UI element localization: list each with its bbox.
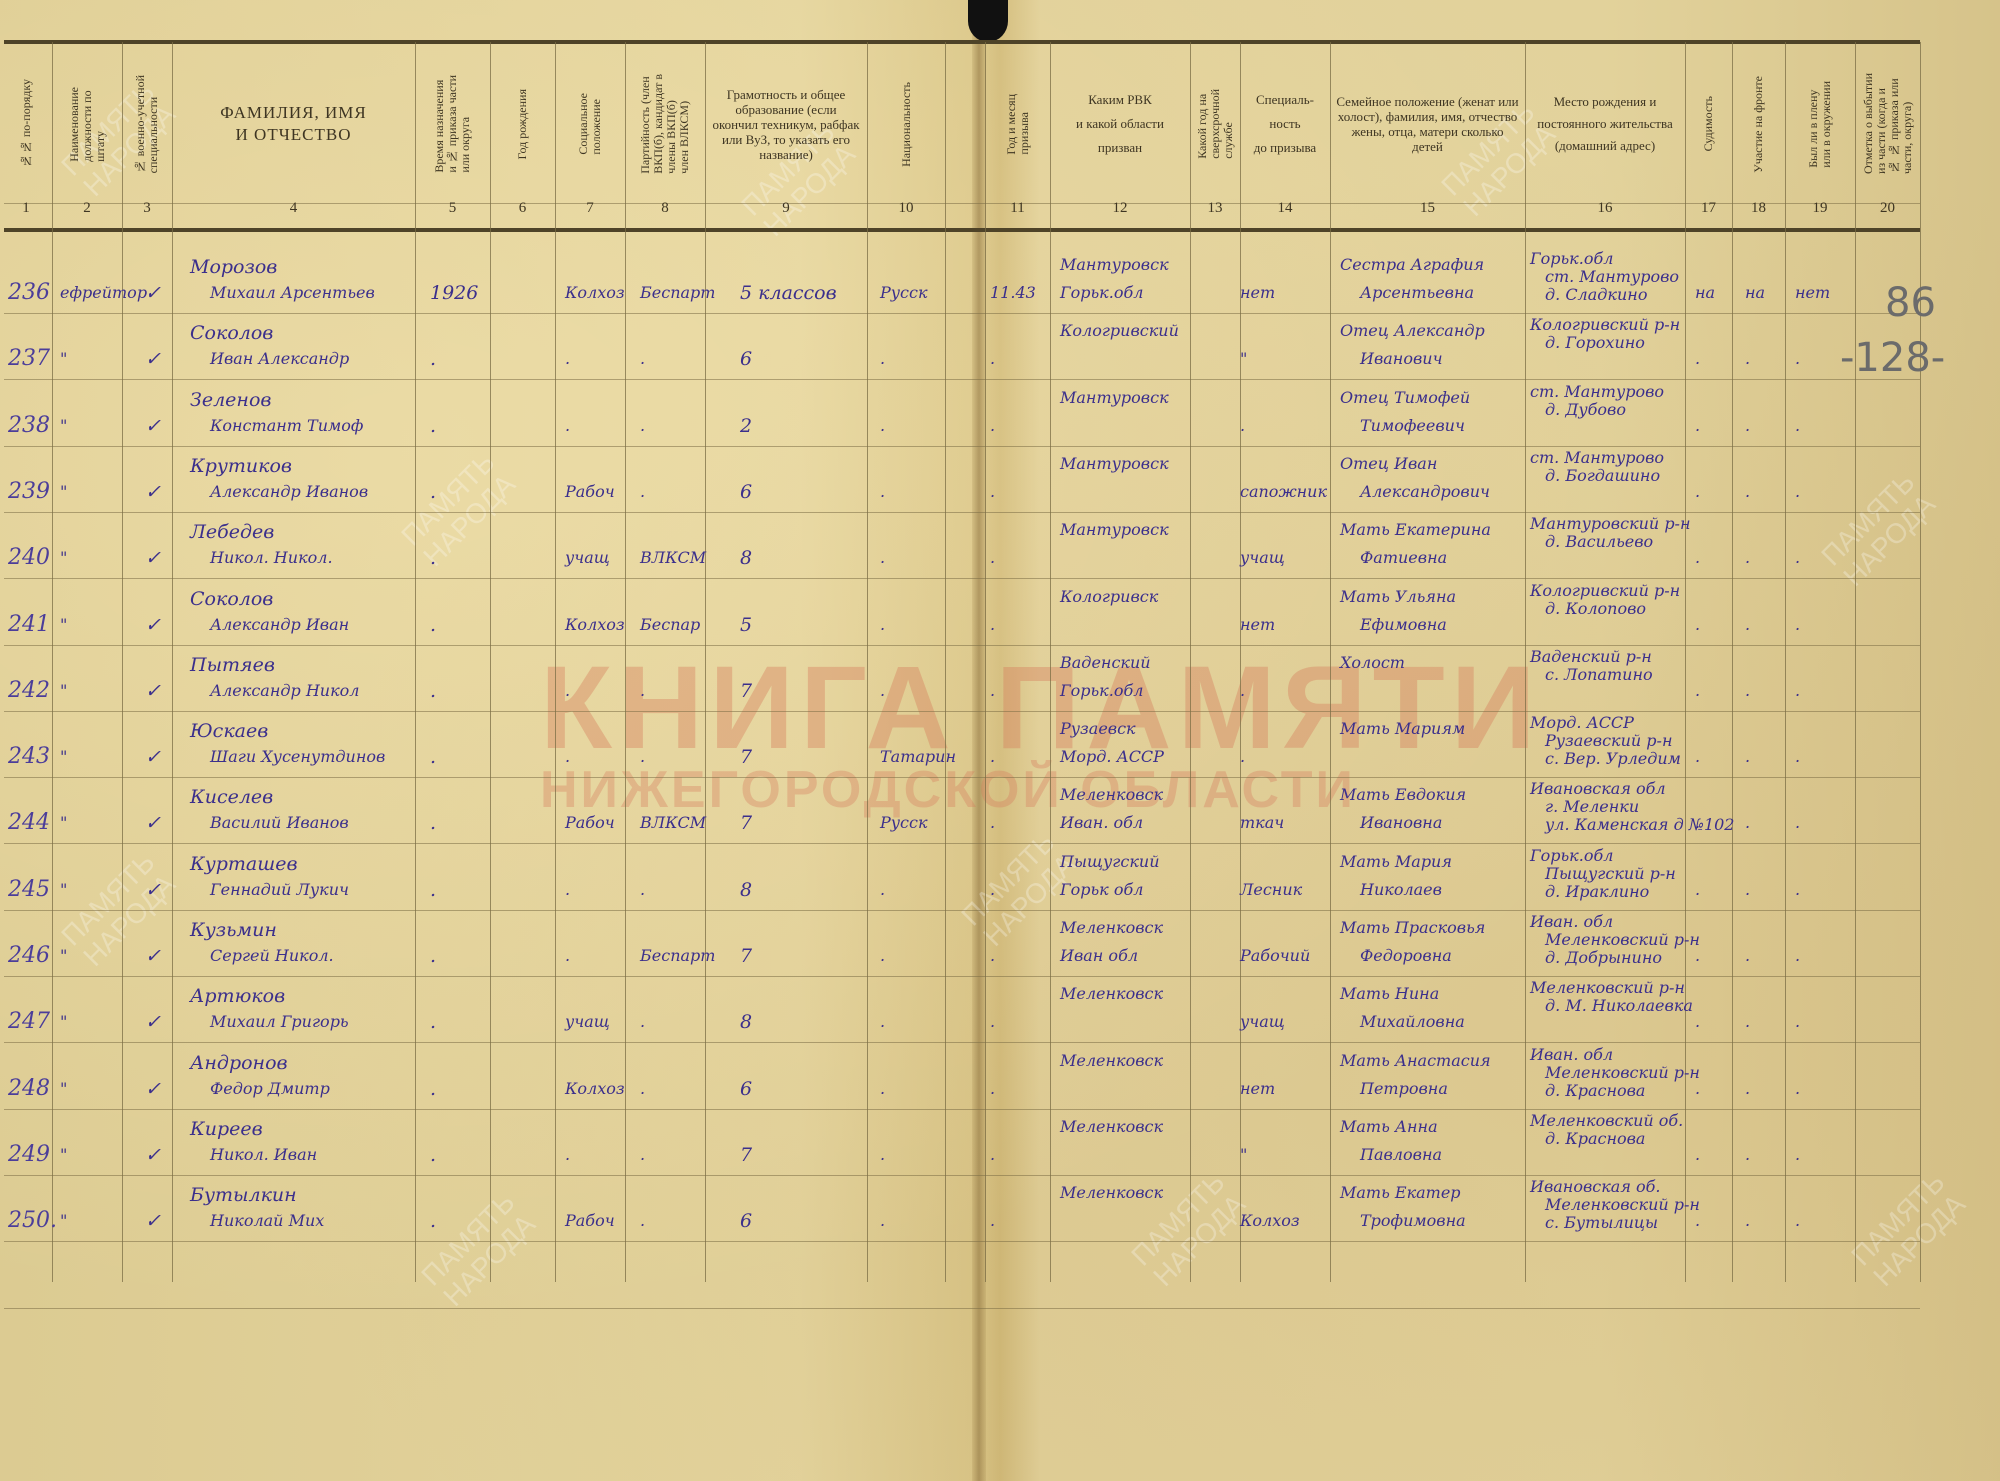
- cell-rvk1: Мантуровск: [1060, 453, 1169, 475]
- column-number: 17: [1685, 200, 1732, 222]
- header-col-20: Отметка о выбытии из части (когда и № № …: [1855, 46, 1920, 202]
- cell-name: Шаги Хусенутдинов: [210, 746, 385, 768]
- header-col-13: Какой год на сверхсрочной службе: [1190, 46, 1240, 202]
- cell-rvk1: Мантуровск: [1060, 387, 1169, 409]
- grid-line-vertical: [1732, 42, 1733, 1282]
- column-number: 11: [985, 200, 1050, 222]
- cell-c18: .: [1745, 1011, 1750, 1033]
- cell-position: ": [60, 481, 67, 503]
- cell-vus: ✓: [145, 746, 161, 768]
- column-number: 6: [490, 200, 555, 222]
- header-col-10: Национальность: [867, 46, 945, 202]
- header-bottom-rule: [4, 228, 1920, 232]
- cell-social: Колхоз: [565, 614, 625, 636]
- cell-c19: .: [1795, 680, 1800, 702]
- cell-surname: Артюков: [190, 985, 285, 1007]
- cell-surname: Бутылкин: [190, 1184, 297, 1206]
- cell-party: .: [640, 746, 645, 768]
- grid-line-vertical: [867, 42, 868, 1282]
- cell-c17: .: [1695, 348, 1700, 370]
- cell-vus: ✓: [145, 812, 161, 834]
- cell-birth: .: [430, 415, 436, 437]
- cell-c18: .: [1745, 1210, 1750, 1232]
- cell-party: .: [640, 481, 645, 503]
- cell-drafted: .: [990, 879, 995, 901]
- cell-family2: Николаев: [1360, 879, 1442, 901]
- cell-rvk1: Ваденский: [1060, 652, 1151, 674]
- cell-edu: 7: [740, 746, 752, 768]
- top-rule: [4, 40, 1920, 44]
- cell-birth: .: [430, 680, 436, 702]
- cell-birth: .: [430, 1144, 436, 1166]
- cell-addr3: д. Ираклино: [1545, 881, 1649, 903]
- cell-rvk2: Горьк.обл: [1060, 680, 1143, 702]
- cell-c19: .: [1795, 348, 1800, 370]
- cell-c19: .: [1795, 1078, 1800, 1100]
- cell-c17: .: [1695, 614, 1700, 636]
- cell-rvk1: Меленковск: [1060, 917, 1163, 939]
- cell-c18: .: [1745, 879, 1750, 901]
- cell-rvk1: Мантуровск: [1060, 254, 1169, 276]
- cell-no: 239: [8, 481, 50, 503]
- cell-c18: .: [1745, 547, 1750, 569]
- cell-family1: Мать Мария: [1340, 851, 1452, 873]
- cell-rvk1: Меленковск: [1060, 784, 1163, 806]
- cell-social: Рабоч: [565, 812, 615, 834]
- cell-social: .: [565, 879, 570, 901]
- cell-drafted: .: [990, 1210, 995, 1232]
- cell-edu: 8: [740, 879, 752, 901]
- cell-c17: .: [1695, 547, 1700, 569]
- cell-name: Иван Александр: [210, 348, 349, 370]
- cell-party: Беспарт: [640, 282, 715, 304]
- cell-addr3: с. Вер. Урледим: [1545, 748, 1681, 770]
- cell-surname: Кузьмин: [190, 919, 277, 941]
- cell-drafted: .: [990, 348, 995, 370]
- cell-edu: 5: [740, 614, 752, 636]
- cell-drafted: .: [990, 415, 995, 437]
- cell-surname: Крутиков: [190, 455, 292, 477]
- cell-addr3: с. Бутылицы: [1545, 1212, 1658, 1234]
- cell-nation: .: [880, 1078, 885, 1100]
- cell-party: .: [640, 1078, 645, 1100]
- cell-specialty: .: [1240, 415, 1245, 437]
- grid-line-horizontal: [4, 910, 1920, 911]
- pencil-mark: -128-: [1840, 335, 1945, 381]
- cell-c19: .: [1795, 481, 1800, 503]
- cell-social: .: [565, 415, 570, 437]
- cell-specialty: нет: [1240, 614, 1275, 636]
- cell-rvk1: Пыщугский: [1060, 851, 1160, 873]
- cell-specialty: учащ: [1240, 547, 1285, 569]
- column-number: 12: [1050, 200, 1190, 222]
- column-number: 4: [172, 200, 415, 222]
- cell-addr2: д. Горохино: [1545, 332, 1645, 354]
- cell-c17: на: [1695, 282, 1715, 304]
- column-number: 7: [555, 200, 625, 222]
- cell-nation: .: [880, 1210, 885, 1232]
- column-number: 3: [122, 200, 172, 222]
- cell-surname: Юскаев: [190, 720, 268, 742]
- cell-no: 246: [8, 945, 50, 967]
- cell-surname: Соколов: [190, 322, 273, 344]
- cell-birth: .: [430, 879, 436, 901]
- cell-rvk1: Меленковск: [1060, 1116, 1163, 1138]
- cell-vus: ✓: [145, 614, 161, 636]
- grid-line-vertical: [1525, 42, 1526, 1282]
- header-col-15: Семейное положение (женат или холост), ф…: [1330, 46, 1525, 202]
- cell-specialty: нет: [1240, 1078, 1275, 1100]
- cell-family1: Холост: [1340, 652, 1405, 674]
- cell-family2: Тимофеевич: [1360, 415, 1465, 437]
- cell-birth: .: [430, 348, 436, 370]
- cell-no: 250.: [8, 1210, 57, 1232]
- cell-surname: Киреев: [190, 1118, 263, 1140]
- cell-family2: Иванович: [1360, 348, 1443, 370]
- cell-name: Александр Иванов: [210, 481, 368, 503]
- cell-social: .: [565, 1144, 570, 1166]
- cell-position: ": [60, 415, 67, 437]
- cell-position: ": [60, 945, 67, 967]
- cell-c17: .: [1695, 746, 1700, 768]
- cell-family1: Мать Екатерина: [1340, 519, 1491, 541]
- cell-c17: .: [1695, 812, 1700, 834]
- cell-surname: Зеленов: [190, 389, 271, 411]
- cell-c19: .: [1795, 1210, 1800, 1232]
- cell-party: .: [640, 415, 645, 437]
- cell-drafted: .: [990, 1078, 995, 1100]
- cell-family1: Мать Евдокия: [1340, 784, 1466, 806]
- cell-addr3: д. Добрынино: [1545, 947, 1662, 969]
- column-number: 20: [1855, 200, 1920, 222]
- cell-family1: Отец Иван: [1340, 453, 1437, 475]
- cell-c18: .: [1745, 812, 1750, 834]
- cell-c18: .: [1745, 415, 1750, 437]
- cell-no: 237: [8, 348, 50, 370]
- binding-hole: [968, 0, 1008, 42]
- cell-c18: .: [1745, 746, 1750, 768]
- grid-line-vertical: [625, 42, 626, 1282]
- cell-addr3: д. Сладкино: [1545, 284, 1647, 306]
- cell-nation: .: [880, 614, 885, 636]
- cell-family2: Александрович: [1360, 481, 1490, 503]
- header-col-19: Был ли в плену или в окружении: [1785, 46, 1855, 202]
- cell-vus: ✓: [145, 547, 161, 569]
- column-number: 19: [1785, 200, 1855, 222]
- cell-family2: Ивановна: [1360, 812, 1442, 834]
- cell-birth: .: [430, 812, 436, 834]
- cell-name: Михаил Григорь: [210, 1011, 349, 1033]
- cell-party: Беспарт: [640, 945, 715, 967]
- cell-c18: .: [1745, 1078, 1750, 1100]
- cell-no: 242: [8, 680, 50, 702]
- cell-rvk2: Горьк обл: [1060, 879, 1143, 901]
- header-col-14: Специаль- ность до призыва: [1240, 46, 1330, 202]
- cell-nation: .: [880, 348, 885, 370]
- cell-family2: Михайловна: [1360, 1011, 1465, 1033]
- cell-birth: .: [430, 481, 436, 503]
- column-number: 14: [1240, 200, 1330, 222]
- cell-party: .: [640, 1210, 645, 1232]
- cell-edu: 5 классов: [740, 282, 837, 304]
- cell-addr2: д. Краснова: [1545, 1128, 1645, 1150]
- cell-specialty: ": [1240, 1144, 1247, 1166]
- cell-social: Колхоз: [565, 1078, 625, 1100]
- cell-rvk2: Иван. обл: [1060, 812, 1143, 834]
- cell-family2: Арсентьевна: [1360, 282, 1474, 304]
- header-col-3: № военно-учетной специальности: [122, 46, 172, 202]
- cell-addr2: с. Лопатино: [1545, 664, 1653, 686]
- cell-position: ": [60, 1078, 67, 1100]
- grid-line-vertical: [1685, 42, 1686, 1282]
- grid-line-vertical: [490, 42, 491, 1282]
- cell-family2: Федоровна: [1360, 945, 1452, 967]
- cell-position: ": [60, 1210, 67, 1232]
- cell-drafted: .: [990, 945, 995, 967]
- cell-edu: 7: [740, 812, 752, 834]
- cell-social: учащ: [565, 1011, 610, 1033]
- cell-nation: .: [880, 1011, 885, 1033]
- cell-addr3: ул. Каменская д №102: [1545, 814, 1734, 836]
- header-col-16: Место рождения и постоянного жительства …: [1525, 46, 1685, 202]
- cell-social: .: [565, 348, 570, 370]
- cell-name: Николай Мих: [210, 1210, 324, 1232]
- cell-addr3: д. Краснова: [1545, 1080, 1645, 1102]
- cell-position: ": [60, 614, 67, 636]
- cell-party: Беспар: [640, 614, 700, 636]
- cell-position: ефрейтор: [60, 282, 147, 304]
- header-col-8: Партийность (член ВКП(б), кандидат в чле…: [625, 46, 705, 202]
- cell-edu: 7: [740, 945, 752, 967]
- cell-edu: 6: [740, 481, 752, 503]
- header-col-18: Участие на фронте: [1732, 46, 1785, 202]
- column-number: 18: [1732, 200, 1785, 222]
- cell-addr2: д. Колопово: [1545, 598, 1646, 620]
- cell-name: Александр Иван: [210, 614, 349, 636]
- cell-c19: .: [1795, 415, 1800, 437]
- column-number: 15: [1330, 200, 1525, 222]
- cell-c18: .: [1745, 614, 1750, 636]
- cell-name: Никол. Иван: [210, 1144, 317, 1166]
- cell-drafted: .: [990, 1144, 995, 1166]
- cell-drafted: .: [990, 547, 995, 569]
- pencil-mark: 86: [1885, 280, 1936, 326]
- cell-drafted: .: [990, 746, 995, 768]
- cell-party: ВЛКСМ: [640, 812, 706, 834]
- grid-line-vertical: [52, 42, 53, 1282]
- cell-nation: .: [880, 415, 885, 437]
- cell-family1: Мать Мариям: [1340, 718, 1465, 740]
- cell-c18: .: [1745, 348, 1750, 370]
- cell-specialty: Лесник: [1240, 879, 1302, 901]
- cell-no: 249: [8, 1144, 50, 1166]
- cell-surname: Пытяев: [190, 654, 275, 676]
- cell-no: 241: [8, 614, 50, 636]
- grid-line-vertical: [122, 42, 123, 1282]
- grid-line-horizontal: [4, 1241, 1920, 1242]
- cell-party: .: [640, 1144, 645, 1166]
- cell-vus: ✓: [145, 481, 161, 503]
- cell-specialty: ткач: [1240, 812, 1284, 834]
- cell-edu: 6: [740, 1210, 752, 1232]
- cell-c19: нет: [1795, 282, 1830, 304]
- cell-edu: 8: [740, 1011, 752, 1033]
- cell-surname: Морозов: [190, 256, 277, 278]
- cell-specialty: сапожник: [1240, 481, 1327, 503]
- cell-vus: ✓: [145, 415, 161, 437]
- header-col-4: ФАМИЛИЯ, ИМЯ И ОТЧЕСТВО: [172, 46, 415, 202]
- cell-drafted: .: [990, 481, 995, 503]
- header-col-2: Наименование должности по штату: [52, 46, 122, 202]
- cell-rvk1: Меленковск: [1060, 1182, 1163, 1204]
- cell-c19: .: [1795, 812, 1800, 834]
- header-col-5: Время назначения и № приказа части или о…: [415, 46, 490, 202]
- cell-position: ": [60, 547, 67, 569]
- cell-birth: 1926: [430, 282, 478, 304]
- grid-line-horizontal: [4, 1308, 1920, 1309]
- watermark-subtitle: НИЖЕГОРОДСКОЙ ОБЛАСТИ: [540, 760, 1356, 820]
- cell-name: Федор Дмитр: [210, 1078, 330, 1100]
- cell-vus: ✓: [145, 1210, 161, 1232]
- cell-c17: .: [1695, 415, 1700, 437]
- cell-c18: .: [1745, 680, 1750, 702]
- cell-rvk1: Меленковск: [1060, 1050, 1163, 1072]
- grid-line-vertical: [1190, 42, 1191, 1282]
- grid-line-vertical: [1920, 42, 1921, 1282]
- cell-c19: .: [1795, 879, 1800, 901]
- column-number: 16: [1525, 200, 1685, 222]
- cell-party: .: [640, 348, 645, 370]
- cell-family2: Трофимовна: [1360, 1210, 1466, 1232]
- cell-rvk2: Морд. АССР: [1060, 746, 1164, 768]
- cell-nation: Татарин: [880, 746, 956, 768]
- cell-name: Александр Никол: [210, 680, 359, 702]
- cell-social: Рабоч: [565, 1210, 615, 1232]
- cell-social: .: [565, 945, 570, 967]
- cell-vus: ✓: [145, 1144, 161, 1166]
- column-number: 1: [0, 200, 52, 222]
- cell-position: ": [60, 680, 67, 702]
- cell-c18: .: [1745, 1144, 1750, 1166]
- cell-family1: Сестра Аграфия: [1340, 254, 1484, 276]
- cell-position: ": [60, 746, 67, 768]
- cell-no: 248: [8, 1078, 50, 1100]
- cell-addr2: д. Богдашино: [1545, 465, 1660, 487]
- cell-drafted: .: [990, 614, 995, 636]
- grid-line-vertical: [985, 42, 986, 1282]
- cell-party: .: [640, 1011, 645, 1033]
- cell-birth: .: [430, 547, 436, 569]
- column-number: 10: [867, 200, 945, 222]
- cell-c17: .: [1695, 1011, 1700, 1033]
- grid-line-vertical: [1785, 42, 1786, 1282]
- cell-edu: 8: [740, 547, 752, 569]
- header-col-7: Социальное положение: [555, 46, 625, 202]
- cell-name: Геннадий Лукич: [210, 879, 349, 901]
- cell-surname: Андронов: [190, 1052, 288, 1074]
- cell-rvk2: Иван обл: [1060, 945, 1138, 967]
- cell-family2: Петровна: [1360, 1078, 1448, 1100]
- cell-rvk1: Кологривский: [1060, 320, 1179, 342]
- cell-party: .: [640, 680, 645, 702]
- cell-rvk1: Рузаевск: [1060, 718, 1136, 740]
- cell-family1: Мать Ульяна: [1340, 586, 1456, 608]
- cell-vus: ✓: [145, 348, 161, 370]
- cell-rvk2: Горьк.обл: [1060, 282, 1143, 304]
- cell-social: .: [565, 680, 570, 702]
- cell-drafted: .: [990, 1011, 995, 1033]
- cell-vus: ✓: [145, 879, 161, 901]
- cell-family1: Мать Екатер: [1340, 1182, 1461, 1204]
- cell-name: Сергей Никол.: [210, 945, 334, 967]
- cell-vus: ✓: [145, 1078, 161, 1100]
- cell-vus: ✓: [145, 1011, 161, 1033]
- cell-c19: .: [1795, 1011, 1800, 1033]
- cell-specialty: .: [1240, 680, 1245, 702]
- cell-specialty: .: [1240, 746, 1245, 768]
- grid-line-vertical: [172, 42, 173, 1282]
- cell-specialty: Колхоз: [1240, 1210, 1300, 1232]
- cell-rvk1: Меленковск: [1060, 983, 1163, 1005]
- cell-edu: 7: [740, 680, 752, 702]
- cell-addr2: д. Дубово: [1545, 399, 1626, 421]
- header-col-9: Грамотность и общее образование (если ок…: [705, 46, 867, 202]
- cell-c17: .: [1695, 1210, 1700, 1232]
- header-col-17: Судимость: [1685, 46, 1732, 202]
- cell-c18: .: [1745, 481, 1750, 503]
- cell-vus: ✓: [145, 680, 161, 702]
- cell-no: 247: [8, 1011, 50, 1033]
- grid-line-vertical: [705, 42, 706, 1282]
- cell-edu: 7: [740, 1144, 752, 1166]
- cell-nation: .: [880, 879, 885, 901]
- grid-line-vertical: [945, 42, 946, 1282]
- cell-no: 244: [8, 812, 50, 834]
- cell-name: Никол. Никол.: [210, 547, 333, 569]
- cell-nation: .: [880, 680, 885, 702]
- cell-c19: .: [1795, 945, 1800, 967]
- cell-no: 240: [8, 547, 50, 569]
- cell-rvk1: Кологривск: [1060, 586, 1158, 608]
- cell-social: .: [565, 746, 570, 768]
- cell-c17: .: [1695, 481, 1700, 503]
- header-col-11: Год и месяц призыва: [985, 46, 1050, 202]
- cell-c17: .: [1695, 879, 1700, 901]
- cell-family1: Мать Анастасия: [1340, 1050, 1491, 1072]
- cell-c17: .: [1695, 680, 1700, 702]
- cell-family1: Отец Тимофей: [1340, 387, 1470, 409]
- column-number: 9: [705, 200, 867, 222]
- cell-addr2: д. Васильево: [1545, 531, 1653, 553]
- cell-family2: Ефимовна: [1360, 614, 1447, 636]
- cell-c19: .: [1795, 614, 1800, 636]
- cell-birth: .: [430, 945, 436, 967]
- cell-surname: Соколов: [190, 588, 273, 610]
- cell-drafted: .: [990, 812, 995, 834]
- cell-surname: Лебедев: [190, 521, 274, 543]
- header-col-12: Каким РВК и какой области призван: [1050, 46, 1190, 202]
- cell-nation: .: [880, 945, 885, 967]
- cell-party: ВЛКСМ: [640, 547, 706, 569]
- cell-name: Василий Иванов: [210, 812, 349, 834]
- cell-position: ": [60, 1011, 67, 1033]
- cell-position: ": [60, 812, 67, 834]
- header-col-6: Год рождения: [490, 46, 555, 202]
- cell-nation: .: [880, 547, 885, 569]
- cell-c19: .: [1795, 746, 1800, 768]
- cell-surname: Киселев: [190, 786, 273, 808]
- cell-c18: на: [1745, 282, 1765, 304]
